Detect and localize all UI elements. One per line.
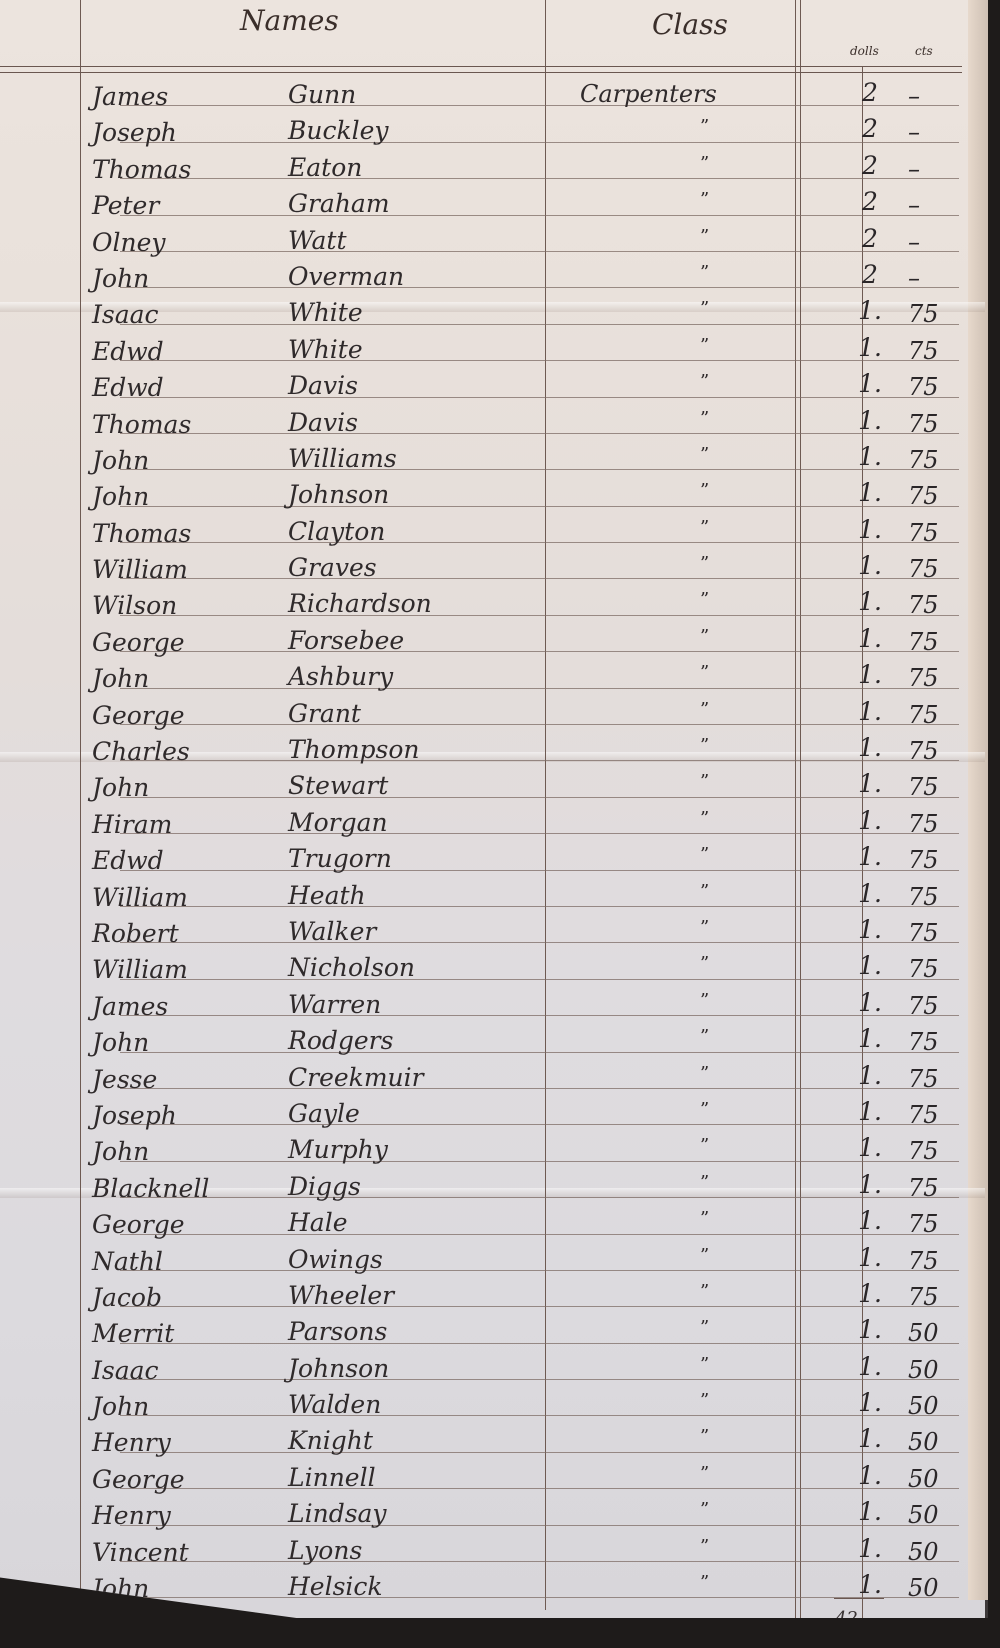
ledger-row: WilliamNicholson”1.75 <box>0 949 985 985</box>
ledger-row: JesseCreekmuir”1.75 <box>0 1059 985 1095</box>
cents-value: 75 <box>908 482 939 510</box>
last-name: Graves <box>288 553 377 582</box>
ledger-row: JohnAshbury”1.75 <box>0 658 985 694</box>
cents-value: 75 <box>908 1065 939 1093</box>
row-rule <box>120 651 959 652</box>
header-names: Names <box>240 4 339 37</box>
ditto-mark: ” <box>700 408 709 429</box>
cents-value: 75 <box>908 1137 939 1165</box>
last-name: Linnell <box>288 1463 376 1492</box>
cents-value: 75 <box>908 373 939 401</box>
first-name: Peter <box>92 191 159 220</box>
ditto-mark: ” <box>700 1426 709 1447</box>
row-rule <box>120 1015 959 1016</box>
cents-value: – <box>908 228 920 256</box>
ledger-row: JohnOverman”2– <box>0 258 985 294</box>
ledger-row: HenryKnight”1.50 <box>0 1422 985 1458</box>
last-name: Stewart <box>288 771 388 800</box>
ledger-row: VincentLyons”1.50 <box>0 1532 985 1568</box>
last-name: Gayle <box>288 1099 360 1128</box>
ledger-row: RobertWalker”1.75 <box>0 913 985 949</box>
cents-value: 75 <box>908 955 939 983</box>
cents-value: 75 <box>908 1210 939 1238</box>
first-name: Wilson <box>92 591 177 620</box>
ledger-row: BlacknellDiggs”1.75 <box>0 1168 985 1204</box>
ledger-row: WilsonRichardson”1.75 <box>0 585 985 621</box>
first-name: Joseph <box>92 118 177 147</box>
last-name: Gunn <box>288 80 356 109</box>
dollars-value: 1. <box>850 951 890 980</box>
first-name: Robert <box>92 919 179 948</box>
row-rule <box>120 251 959 252</box>
dollars-value: 1. <box>850 1170 890 1199</box>
last-name: Eaton <box>288 153 362 182</box>
cents-value: – <box>908 118 920 146</box>
cents-value: 50 <box>908 1501 939 1529</box>
row-rule <box>120 833 959 834</box>
dollars-value: 1. <box>850 551 890 580</box>
row-rule <box>120 506 959 507</box>
cents-value: – <box>908 264 920 292</box>
ditto-mark: ” <box>700 335 709 356</box>
last-name: Watt <box>288 226 347 255</box>
last-name: Ashbury <box>288 662 393 691</box>
cents-value: 50 <box>908 1428 939 1456</box>
ledger-row: JamesWarren”1.75 <box>0 986 985 1022</box>
dollars-value: 2 <box>850 260 890 289</box>
first-name: John <box>92 1392 149 1421</box>
first-name: George <box>92 1465 185 1494</box>
cents-value: 75 <box>908 1101 939 1129</box>
last-name: Hale <box>288 1208 348 1237</box>
first-name: Thomas <box>92 519 191 548</box>
last-name: Warren <box>288 990 381 1019</box>
cents-value: 50 <box>908 1465 939 1493</box>
first-name: John <box>92 446 149 475</box>
ledger-row: IsaacJohnson”1.50 <box>0 1350 985 1386</box>
dollars-value: 1. <box>850 733 890 762</box>
ledger-row: ThomasEaton”2– <box>0 149 985 185</box>
class-value: Carpenters <box>580 80 717 108</box>
first-name: Charles <box>92 737 190 766</box>
row-rule <box>120 142 959 143</box>
ledger-row: GeorgeForsebee”1.75 <box>0 622 985 658</box>
ditto-mark: ” <box>700 1572 709 1593</box>
first-name: Hiram <box>92 810 172 839</box>
ledger-row: GeorgeLinnell”1.50 <box>0 1459 985 1495</box>
first-name: John <box>92 773 149 802</box>
ditto-mark: ” <box>700 371 709 392</box>
first-name: John <box>92 664 149 693</box>
ditto-mark: ” <box>700 189 709 210</box>
dollars-value: 1. <box>850 1497 890 1526</box>
ledger-row: JohnWilliams”1.75 <box>0 440 985 476</box>
row-rule <box>120 360 959 361</box>
dollars-value: 2 <box>850 78 890 107</box>
first-name: William <box>92 883 188 912</box>
ledger-row: JacobWheeler”1.75 <box>0 1277 985 1313</box>
last-name: Walden <box>288 1390 381 1419</box>
ditto-mark: ” <box>700 517 709 538</box>
last-name: Thompson <box>288 735 420 764</box>
dollars-value: 1. <box>850 769 890 798</box>
cents-value: 75 <box>908 737 939 765</box>
last-name: Heath <box>288 881 366 910</box>
ditto-mark: ” <box>700 444 709 465</box>
ditto-mark: ” <box>700 1354 709 1375</box>
ditto-mark: ” <box>700 262 709 283</box>
row-rule <box>120 1124 959 1125</box>
ditto-mark: ” <box>700 1099 709 1120</box>
cents-value: 75 <box>908 664 939 692</box>
row-rule <box>120 469 959 470</box>
page-total: 42 <box>835 1608 858 1629</box>
row-rule <box>120 1306 959 1307</box>
ledger-row: GeorgeGrant”1.75 <box>0 695 985 731</box>
last-name: Davis <box>288 371 358 400</box>
ditto-mark: ” <box>700 771 709 792</box>
ditto-mark: ” <box>700 298 709 319</box>
cents-value: – <box>908 191 920 219</box>
first-name: Blacknell <box>92 1174 209 1203</box>
row-rule <box>120 1161 959 1162</box>
ditto-mark: ” <box>700 662 709 683</box>
first-name: George <box>92 628 185 657</box>
last-name: Grant <box>288 699 361 728</box>
ditto-mark: ” <box>700 699 709 720</box>
row-rule <box>120 105 959 106</box>
row-rule <box>120 979 959 980</box>
last-name: Trugorn <box>288 844 392 873</box>
ledger-page: Names Class dolls cts JamesGunnCarpenter… <box>0 0 988 1618</box>
row-rule <box>120 324 959 325</box>
last-name: White <box>288 335 363 364</box>
cents-value: 75 <box>908 810 939 838</box>
ledger-row: WilliamHeath”1.75 <box>0 877 985 913</box>
row-rule <box>120 1343 959 1344</box>
row-rule <box>120 1234 959 1235</box>
dollars-value: 1. <box>850 1388 890 1417</box>
last-name: Murphy <box>288 1135 388 1164</box>
row-rule <box>120 433 959 434</box>
ledger-row: JosephGayle”1.75 <box>0 1095 985 1131</box>
last-name: Johnson <box>288 480 389 509</box>
row-rule <box>120 942 959 943</box>
last-name: Clayton <box>288 517 385 546</box>
first-name: Jesse <box>92 1065 157 1094</box>
first-name: George <box>92 701 185 730</box>
last-name: Lyons <box>288 1536 362 1565</box>
ditto-mark: ” <box>700 1463 709 1484</box>
ditto-mark: ” <box>700 626 709 647</box>
row-rule <box>120 578 959 579</box>
last-name: Nicholson <box>288 953 415 982</box>
ditto-mark: ” <box>700 990 709 1011</box>
ledger-row: JohnJohnson”1.75 <box>0 476 985 512</box>
ledger-row: JamesGunnCarpenters2– <box>0 76 985 112</box>
first-name: Joseph <box>92 1101 177 1130</box>
dollars-value: 1. <box>850 915 890 944</box>
first-name: John <box>92 1574 149 1603</box>
row-rule <box>120 615 959 616</box>
ditto-mark: ” <box>700 1281 709 1302</box>
cents-value: 75 <box>908 1247 939 1275</box>
first-name: John <box>92 482 149 511</box>
row-rule <box>120 178 959 179</box>
ledger-row: EdwdTrugorn”1.75 <box>0 840 985 876</box>
row-rule <box>120 1052 959 1053</box>
ledger-row: JohnWalden”1.50 <box>0 1386 985 1422</box>
ledger-row: ThomasDavis”1.75 <box>0 404 985 440</box>
cents-value: 75 <box>908 410 939 438</box>
cents-value: 75 <box>908 1174 939 1202</box>
ditto-mark: ” <box>700 1499 709 1520</box>
cents-value: 75 <box>908 773 939 801</box>
header-dollars: dolls <box>850 44 879 58</box>
row-rule <box>120 688 959 689</box>
ledger-row: PeterGraham”2– <box>0 185 985 221</box>
row-rule <box>120 1561 959 1562</box>
ledger-row: NathlOwings”1.75 <box>0 1241 985 1277</box>
cents-value: 75 <box>908 1283 939 1311</box>
dollars-value: 1. <box>850 697 890 726</box>
dollars-value: 1. <box>850 515 890 544</box>
cents-value: 75 <box>908 300 939 328</box>
ditto-mark: ” <box>700 1390 709 1411</box>
dollars-value: 1. <box>850 1279 890 1308</box>
row-rule <box>120 797 959 798</box>
dollars-value: 1. <box>850 1534 890 1563</box>
cents-value: 50 <box>908 1356 939 1384</box>
last-name: Williams <box>288 444 397 473</box>
last-name: Rodgers <box>288 1026 393 1055</box>
dollars-value: 2 <box>850 224 890 253</box>
dollars-value: 1. <box>850 369 890 398</box>
total-rule <box>834 1598 884 1599</box>
last-name: Creekmuir <box>288 1063 424 1092</box>
dollars-value: 1. <box>850 624 890 653</box>
ditto-mark: ” <box>700 1317 709 1338</box>
ledger-row: HiramMorgan”1.75 <box>0 804 985 840</box>
dollars-value: 1. <box>850 1461 890 1490</box>
dollars-value: 1. <box>850 587 890 616</box>
row-rule <box>120 1270 959 1271</box>
last-name: Owings <box>288 1245 383 1274</box>
last-name: Overman <box>288 262 404 291</box>
last-name: Helsick <box>288 1572 383 1601</box>
last-name: Lindsay <box>288 1499 387 1528</box>
row-rule <box>120 1088 959 1089</box>
ledger-row: EdwdDavis”1.75 <box>0 367 985 403</box>
ledger-row: JosephBuckley”2– <box>0 112 985 148</box>
ledger-row: CharlesThompson”1.75 <box>0 731 985 767</box>
dollars-value: 1. <box>850 1061 890 1090</box>
dollars-value: 1. <box>850 478 890 507</box>
row-rule <box>120 1525 959 1526</box>
first-name: James <box>92 992 168 1021</box>
row-rule <box>120 724 959 725</box>
dollars-value: 1. <box>850 1024 890 1053</box>
cents-value: 50 <box>908 1538 939 1566</box>
ditto-mark: ” <box>700 589 709 610</box>
first-name: George <box>92 1210 185 1239</box>
last-name: Richardson <box>288 589 432 618</box>
row-rule <box>120 1488 959 1489</box>
last-name: Parsons <box>288 1317 387 1346</box>
cents-value: 75 <box>908 992 939 1020</box>
last-name: Forsebee <box>288 626 404 655</box>
dollars-value: 1. <box>850 1570 890 1599</box>
header-class: Class <box>652 8 728 41</box>
row-rule <box>120 215 959 216</box>
header-double-rule <box>0 66 962 73</box>
dollars-value: 1. <box>850 879 890 908</box>
first-name: Merrit <box>92 1319 174 1348</box>
cents-value: 75 <box>908 519 939 547</box>
ditto-mark: ” <box>700 953 709 974</box>
last-name: Walker <box>288 917 376 946</box>
last-name: Johnson <box>288 1354 389 1383</box>
cents-value: 75 <box>908 591 939 619</box>
cents-value: 75 <box>908 628 939 656</box>
first-name: Olney <box>92 228 166 257</box>
first-name: John <box>92 264 149 293</box>
row-rule <box>120 1415 959 1416</box>
first-name: Edwd <box>92 337 164 366</box>
ditto-mark: ” <box>700 226 709 247</box>
row-rule <box>120 1452 959 1453</box>
ledger-row: MerritParsons”1.50 <box>0 1313 985 1349</box>
dollars-value: 1. <box>850 842 890 871</box>
dollars-value: 1. <box>850 1097 890 1126</box>
ledger-row: IsaacWhite”1.75 <box>0 294 985 330</box>
ledger-row: OlneyWatt”2– <box>0 222 985 258</box>
ditto-mark: ” <box>700 1208 709 1229</box>
first-name: Vincent <box>92 1538 189 1567</box>
first-name: Edwd <box>92 373 164 402</box>
dollars-value: 1. <box>850 1206 890 1235</box>
ledger-row: JohnRodgers”1.75 <box>0 1022 985 1058</box>
ledger-row: ThomasClayton”1.75 <box>0 513 985 549</box>
ledger-row: HenryLindsay”1.50 <box>0 1495 985 1531</box>
last-name: Diggs <box>288 1172 361 1201</box>
ledger-row: GeorgeHale”1.75 <box>0 1204 985 1240</box>
dollars-value: 1. <box>850 806 890 835</box>
ditto-mark: ” <box>700 1536 709 1557</box>
row-rule <box>120 1197 959 1198</box>
ditto-mark: ” <box>700 881 709 902</box>
first-name: Henry <box>92 1428 171 1457</box>
dollars-value: 1. <box>850 1133 890 1162</box>
ditto-mark: ” <box>700 1135 709 1156</box>
cents-value: 75 <box>908 337 939 365</box>
cents-value: 75 <box>908 701 939 729</box>
cents-value: 75 <box>908 919 939 947</box>
row-rule <box>120 542 959 543</box>
first-name: James <box>92 82 168 111</box>
ditto-mark: ” <box>700 553 709 574</box>
dollars-value: 2 <box>850 151 890 180</box>
dollars-value: 1. <box>850 296 890 325</box>
first-name: Edwd <box>92 846 164 875</box>
cents-value: 50 <box>908 1574 939 1602</box>
cents-value: 75 <box>908 446 939 474</box>
last-name: Graham <box>288 189 390 218</box>
dollars-value: 1. <box>850 1424 890 1453</box>
cents-value: 75 <box>908 883 939 911</box>
row-rule <box>120 870 959 871</box>
dollars-value: 1. <box>850 1243 890 1272</box>
cents-value: – <box>908 155 920 183</box>
ditto-mark: ” <box>700 1063 709 1084</box>
ditto-mark: ” <box>700 808 709 829</box>
cents-value: 75 <box>908 846 939 874</box>
cents-value: – <box>908 82 920 110</box>
row-rule <box>120 906 959 907</box>
ditto-mark: ” <box>700 153 709 174</box>
first-name: William <box>92 955 188 984</box>
ditto-mark: ” <box>700 1172 709 1193</box>
last-name: Davis <box>288 408 358 437</box>
first-name: William <box>92 555 188 584</box>
first-name: Isaac <box>92 300 159 329</box>
ledger-row: JohnStewart”1.75 <box>0 767 985 803</box>
first-name: Nathl <box>92 1247 163 1276</box>
ditto-mark: ” <box>700 116 709 137</box>
cents-value: 50 <box>908 1392 939 1420</box>
first-name: John <box>92 1137 149 1166</box>
last-name: White <box>288 298 363 327</box>
last-name: Wheeler <box>288 1281 394 1310</box>
ditto-mark: ” <box>700 1026 709 1047</box>
row-rule <box>120 760 959 761</box>
dollars-value: 1. <box>850 1315 890 1344</box>
cents-value: 75 <box>908 1028 939 1056</box>
first-name: Henry <box>92 1501 171 1530</box>
dollars-value: 1. <box>850 660 890 689</box>
row-rule <box>120 1379 959 1380</box>
ditto-mark: ” <box>700 735 709 756</box>
row-rule <box>120 287 959 288</box>
cents-value: 75 <box>908 555 939 583</box>
first-name: Isaac <box>92 1356 159 1385</box>
dollars-value: 1. <box>850 333 890 362</box>
dollars-value: 1. <box>850 442 890 471</box>
last-name: Buckley <box>288 116 389 145</box>
ditto-mark: ” <box>700 917 709 938</box>
ledger-rows: JamesGunnCarpenters2–JosephBuckley”2–Tho… <box>0 76 985 1604</box>
ledger-row: EdwdWhite”1.75 <box>0 331 985 367</box>
row-rule <box>120 397 959 398</box>
ditto-mark: ” <box>700 480 709 501</box>
first-name: John <box>92 1028 149 1057</box>
first-name: Jacob <box>92 1283 162 1312</box>
dollars-value: 1. <box>850 988 890 1017</box>
ditto-mark: ” <box>700 844 709 865</box>
ledger-row: WilliamGraves”1.75 <box>0 549 985 585</box>
dollars-value: 2 <box>850 114 890 143</box>
cents-value: 50 <box>908 1319 939 1347</box>
dollars-value: 1. <box>850 1352 890 1381</box>
dollars-value: 1. <box>850 406 890 435</box>
last-name: Morgan <box>288 808 388 837</box>
ledger-row: JohnMurphy”1.75 <box>0 1131 985 1167</box>
header-cents: cts <box>915 44 933 58</box>
dollars-value: 2 <box>850 187 890 216</box>
first-name: Thomas <box>92 155 191 184</box>
ditto-mark: ” <box>700 1245 709 1266</box>
first-name: Thomas <box>92 410 191 439</box>
